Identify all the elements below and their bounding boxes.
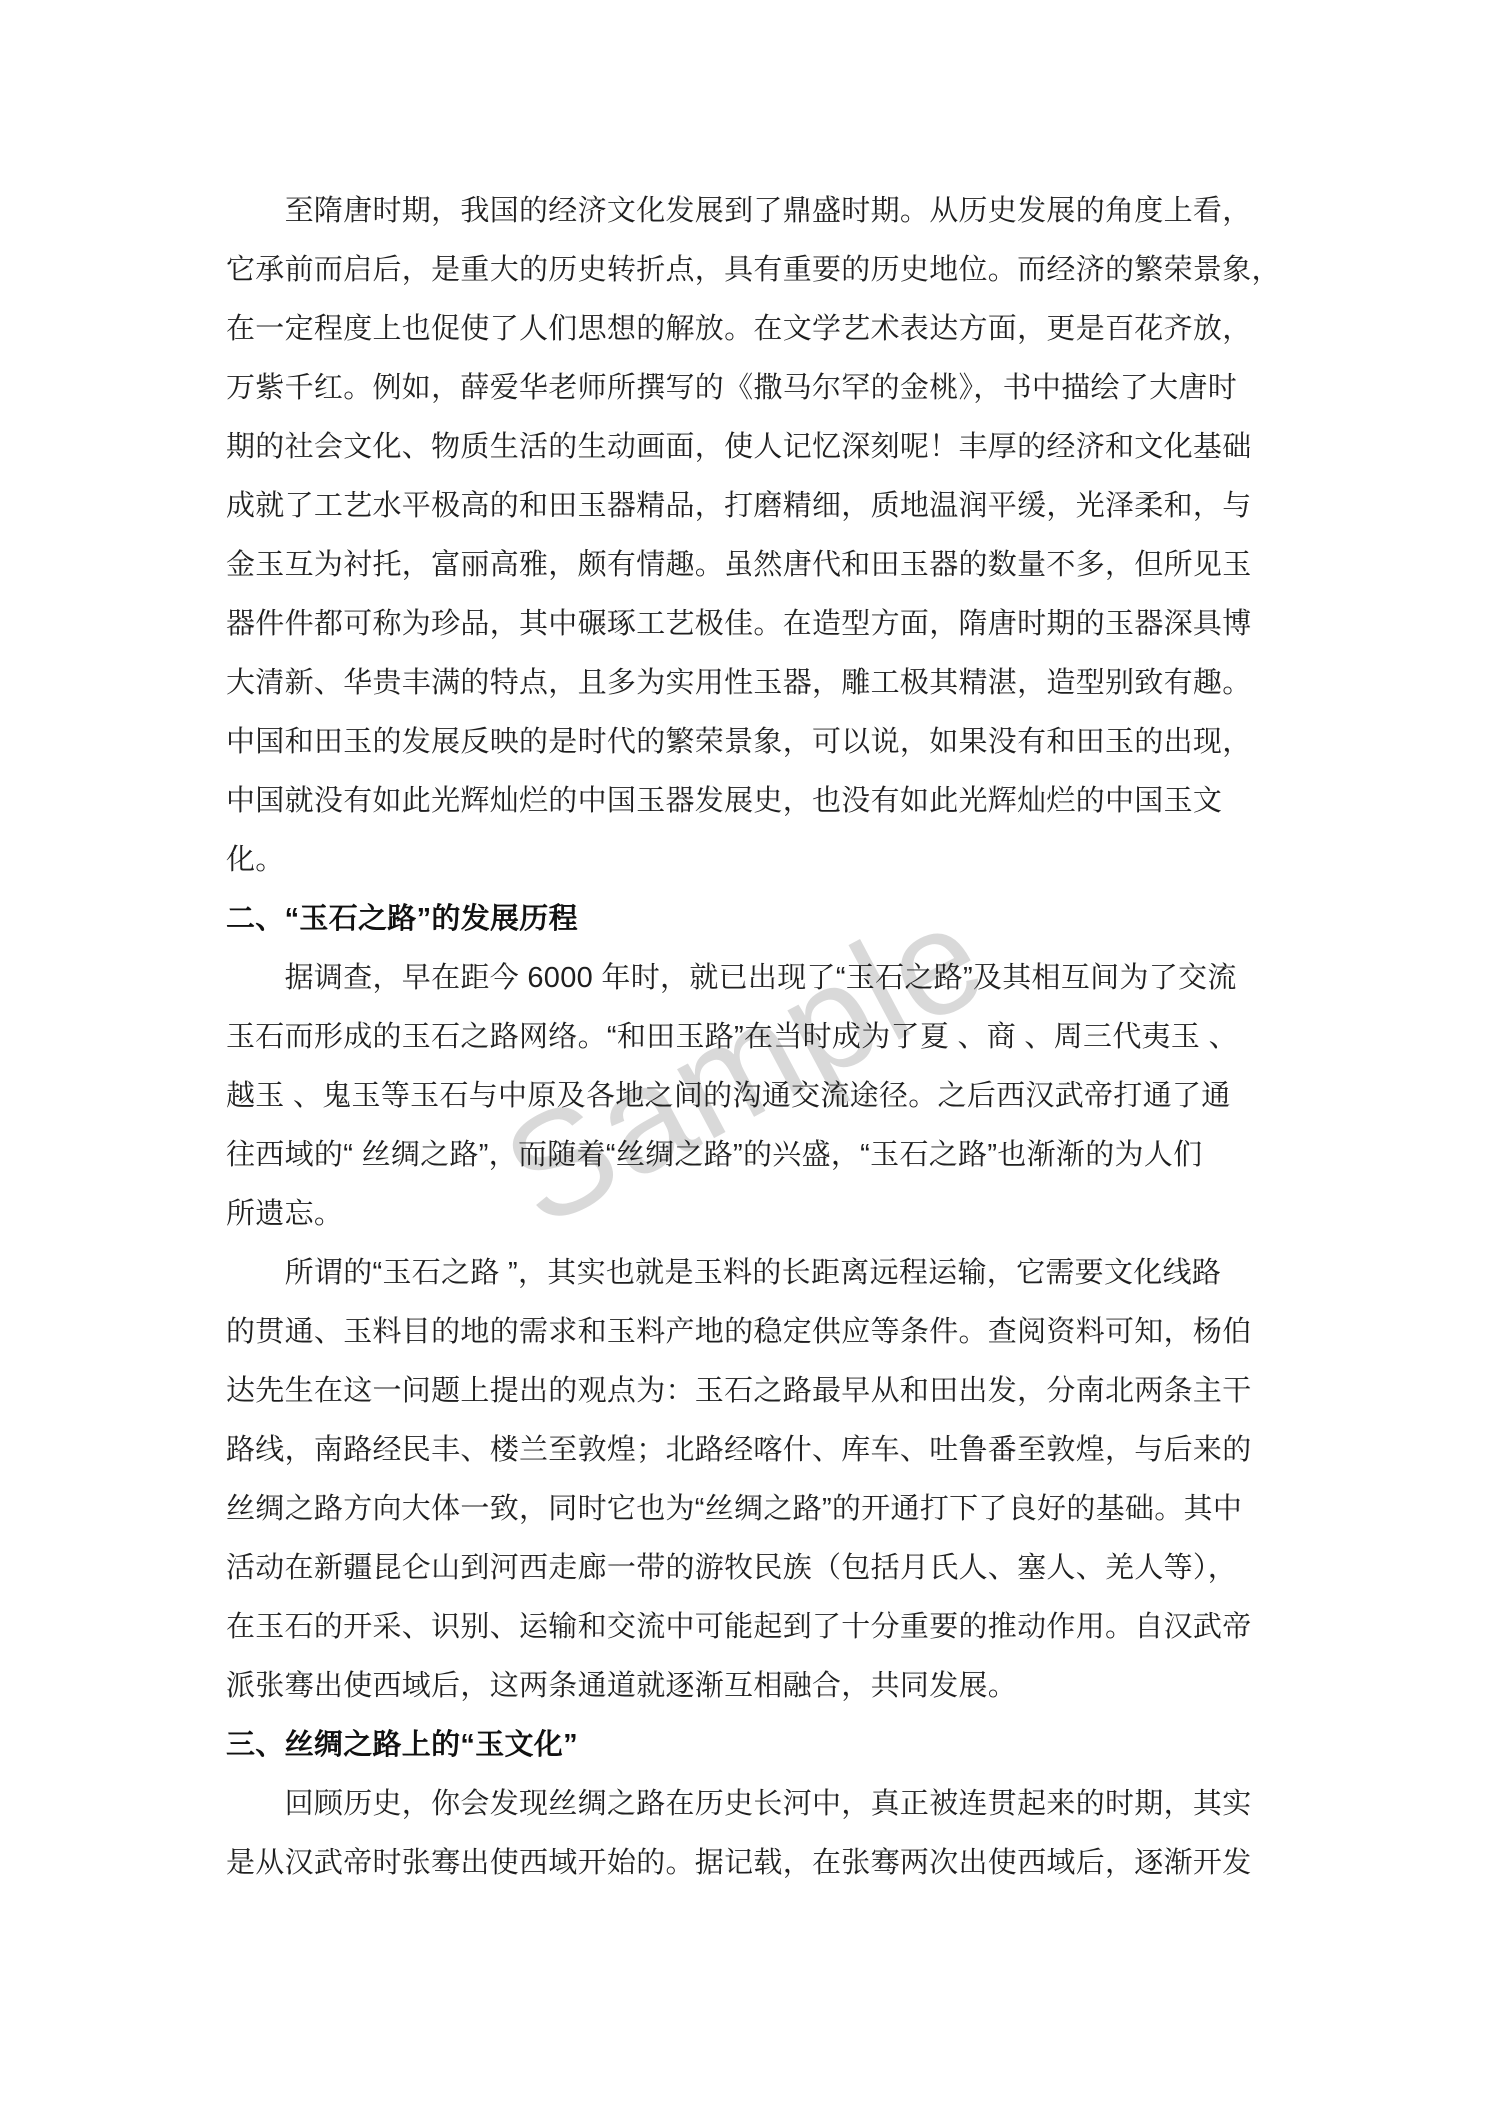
text-line: 中国就没有如此光辉灿烂的中国玉器发展史，也没有如此光辉灿烂的中国玉文 [226,772,1284,831]
text-line: 它承前而启后，是重大的历史转折点，具有重要的历史地位。而经济的繁荣景象， [226,241,1284,300]
document-page: Sample 至隋唐时期，我国的经济文化发展到了鼎盛时期。从历史发展的角度上看，… [0,0,1500,2120]
text-line: 往西域的“ 丝绸之路”，而随着“丝绸之路”的兴盛，“玉石之路”也渐渐的为人们 [226,1126,1284,1185]
text-line: 丝绸之路方向大体一致，同时它也为“丝绸之路”的开通打下了良好的基础。其中 [226,1480,1284,1539]
section-heading: 二、“玉石之路”的发展历程 [226,890,1284,949]
text-line: 万紫千红。例如，薛爱华老师所撰写的《撒马尔罕的金桃》，书中描绘了大唐时 [226,359,1284,418]
text-line: 成就了工艺水平极高的和田玉器精品，打磨精细，质地温润平缓，光泽柔和，与 [226,477,1284,536]
document-body: 至隋唐时期，我国的经济文化发展到了鼎盛时期。从历史发展的角度上看，它承前而启后，… [226,182,1284,1893]
text-line: 至隋唐时期，我国的经济文化发展到了鼎盛时期。从历史发展的角度上看， [226,182,1284,241]
text-line: 金玉互为衬托，富丽高雅，颇有情趣。虽然唐代和田玉器的数量不多，但所见玉 [226,536,1284,595]
text-line: 达先生在这一问题上提出的观点为：玉石之路最早从和田出发，分南北两条主干 [226,1362,1284,1421]
text-line: 化。 [226,831,1284,890]
text-line: 路线，南路经民丰、楼兰至敦煌；北路经喀什、库车、吐鲁番至敦煌，与后来的 [226,1421,1284,1480]
text-line: 是从汉武帝时张骞出使西域开始的。据记载，在张骞两次出使西域后，逐渐开发 [226,1834,1284,1893]
text-line: 活动在新疆昆仑山到河西走廊一带的游牧民族（包括月氏人、塞人、羌人等）， [226,1539,1284,1598]
text-line: 据调查，早在距今 6000 年时，就已出现了“玉石之路”及其相互间为了交流 [226,949,1284,1008]
section-heading: 三、丝绸之路上的“玉文化” [226,1716,1284,1775]
text-line: 大清新、华贵丰满的特点，且多为实用性玉器，雕工极其精湛，造型别致有趣。 [226,654,1284,713]
text-line: 所谓的“玉石之路 ”，其实也就是玉料的长距离远程运输，它需要文化线路 [226,1244,1284,1303]
text-line: 回顾历史，你会发现丝绸之路在历史长河中，真正被连贯起来的时期，其实 [226,1775,1284,1834]
text-line: 器件件都可称为珍品，其中碾琢工艺极佳。在造型方面，隋唐时期的玉器深具博 [226,595,1284,654]
text-line: 的贯通、玉料目的地的需求和玉料产地的稳定供应等条件。查阅资料可知，杨伯 [226,1303,1284,1362]
text-line: 所遗忘。 [226,1185,1284,1244]
text-line: 在玉石的开采、识别、运输和交流中可能起到了十分重要的推动作用。自汉武帝 [226,1598,1284,1657]
text-line: 在一定程度上也促使了人们思想的解放。在文学艺术表达方面，更是百花齐放， [226,300,1284,359]
text-line: 派张骞出使西域后，这两条通道就逐渐互相融合，共同发展。 [226,1657,1284,1716]
text-line: 越玉 、鬼玉等玉石与中原及各地之间的沟通交流途径。之后西汉武帝打通了通 [226,1067,1284,1126]
text-line: 期的社会文化、物质生活的生动画面，使人记忆深刻呢！丰厚的经济和文化基础 [226,418,1284,477]
text-line: 中国和田玉的发展反映的是时代的繁荣景象，可以说，如果没有和田玉的出现， [226,713,1284,772]
text-line: 玉石而形成的玉石之路网络。“和田玉路”在当时成为了夏 、商 、周三代夷玉 、 [226,1008,1284,1067]
